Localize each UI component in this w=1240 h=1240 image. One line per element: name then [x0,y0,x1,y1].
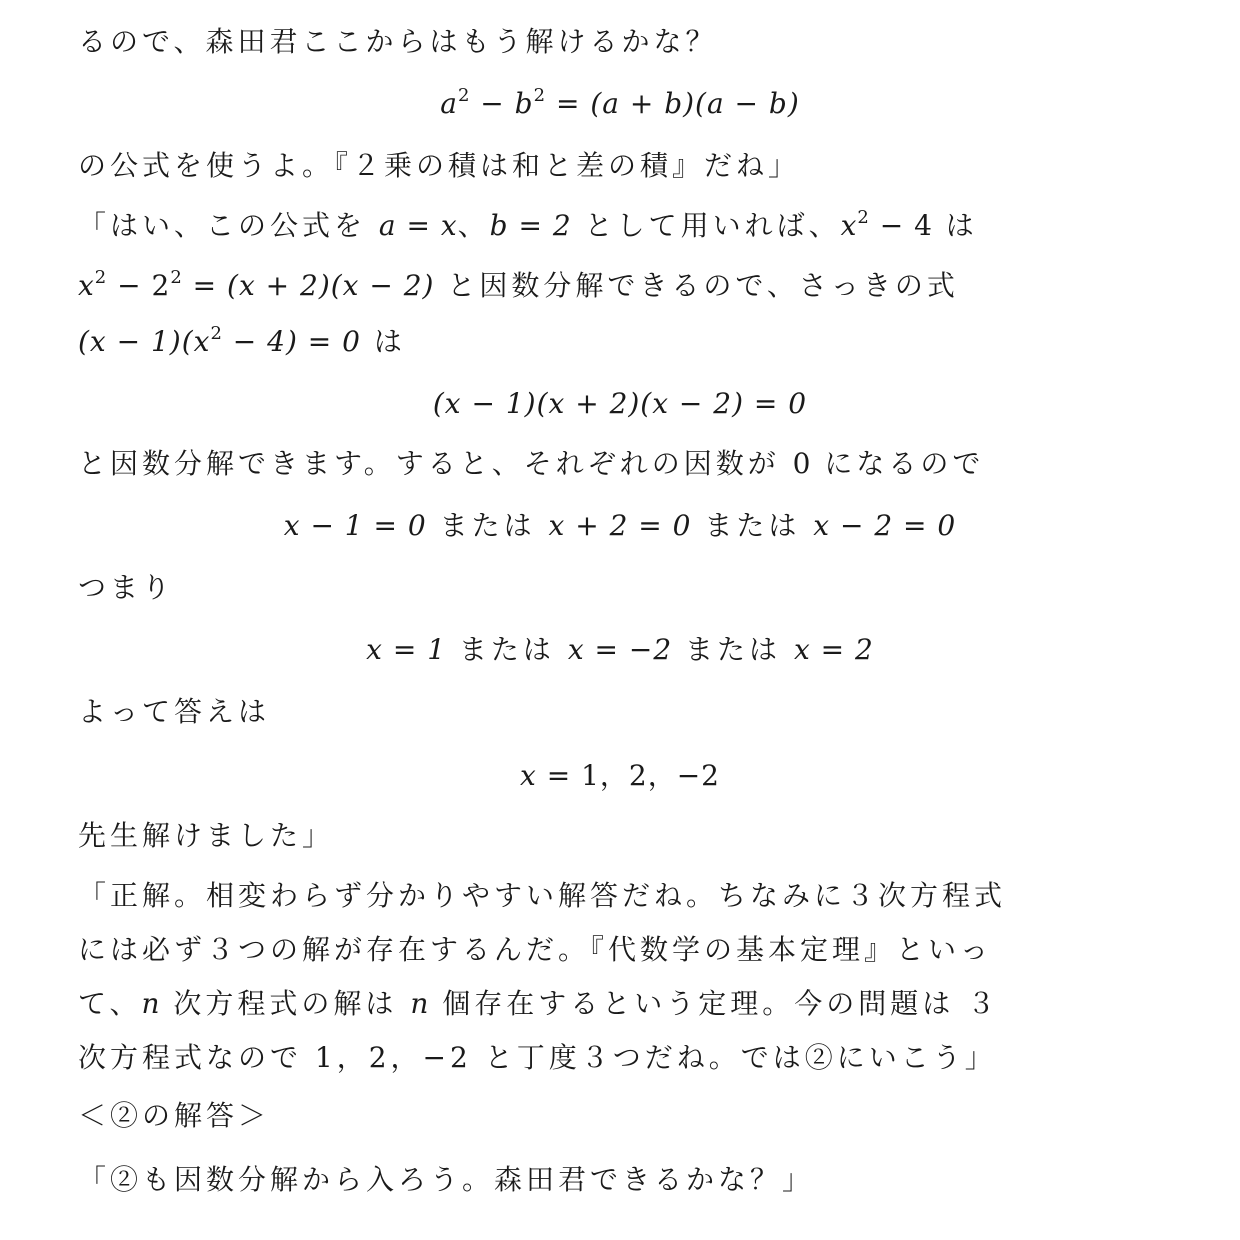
text-line-5: x2 − 22 = (x + 2)(x − 2) と因数分解できるので、さっきの… [78,266,959,306]
text-line-17: て、n 次方程式の解は n 個存在するという定理。今の問題は ３ [78,984,999,1024]
text-line-8: と因数分解できます。すると、それぞれの因数が 0 になるので [78,444,984,484]
text-line-12: よって答えは [78,692,270,732]
text-line-4: 「はい、この公式を a = x、b = 2 として用いれば、x2 − 4 は [78,206,978,246]
text-line-16: には必ず３つの解が存在するんだ。『代数学の基本定理』といっ [78,930,992,970]
text-line-3: の公式を使うよ。『２乗の積は和と差の積』だね」 [78,146,800,186]
formula-factored: (x − 1)(x + 2)(x − 2) = 0 [0,384,1240,424]
text-line-1: るので、森田君ここからはもう解けるかな？ [78,22,717,62]
text-line-6: (x − 1)(x2 − 4) = 0 は [78,322,406,362]
text-line-10: つまり [78,568,174,608]
document-page: るので、森田君ここからはもう解けるかな？ a2 − b2 = (a + b)(a… [0,0,1240,1240]
text-line-15: 「正解。相変わらず分かりやすい解答だね。ちなみに３次方程式 [78,876,1006,916]
formula-answer: x = 1，2，−2 [0,756,1240,796]
text-line-18: 次方程式なので 1，2，−2 と丁度３つだね。では②にいこう」 [78,1038,997,1078]
formula-difference-of-squares: a2 − b2 = (a + b)(a − b) [0,84,1240,124]
text-line-20: 「②も因数分解から入ろう。森田君できるかな？」 [78,1160,814,1200]
text-line-14: 先生解けました」 [78,816,334,856]
formula-roots-conditions: x − 1 = 0 または x + 2 = 0 または x − 2 = 0 [0,506,1240,546]
section-heading-answer-2: ＜②の解答＞ [78,1096,270,1136]
formula-roots: x = 1 または x = −2 または x = 2 [0,630,1240,670]
